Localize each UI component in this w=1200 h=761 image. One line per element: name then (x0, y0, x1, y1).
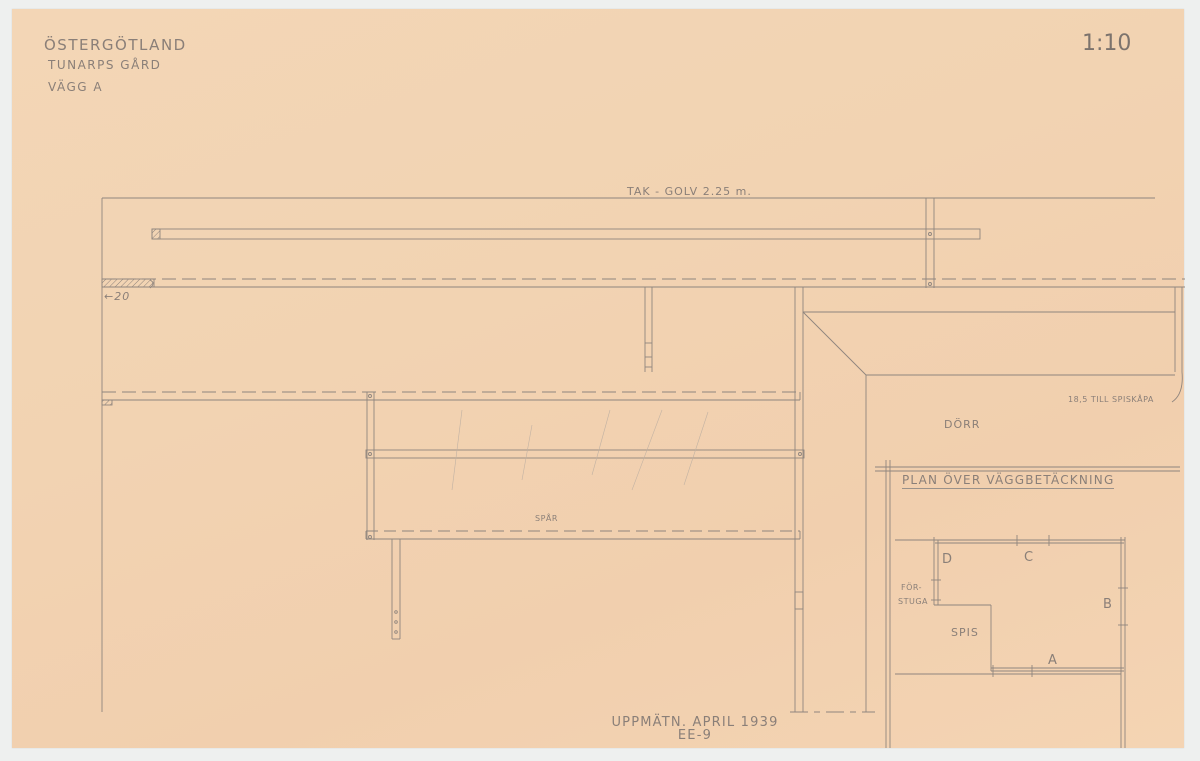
region-title: ÖSTERGÖTLAND (44, 36, 187, 54)
measured-date: UPPMÄTN. APRIL 1939 EE-9 (605, 716, 785, 742)
wall-label-c: C (1024, 550, 1033, 565)
vestibule-label-1: FÖR- (901, 583, 922, 592)
wall-label-d: D (942, 552, 952, 567)
stove-hood-note: 18,5 TILL SPISKÅPA (1068, 395, 1154, 404)
farm-title: TUNARPS GÅRD (48, 58, 161, 72)
wall-title: VÄGG A (48, 80, 103, 94)
stove-label: SPIS (951, 626, 979, 639)
height-note: TAK - GOLV 2.25 m. (627, 185, 752, 198)
left-dimension: ←20 (104, 290, 130, 303)
groove-label: SPÅR (535, 514, 558, 523)
vestibule-label-2: STUGA (898, 597, 928, 606)
elevation-drawing (0, 0, 1200, 761)
wall-label-a: A (1048, 653, 1057, 668)
plan-title: PLAN ÖVER VÄGGBETÄCKNING (902, 473, 1114, 489)
arrow-left-icon: ← (104, 290, 114, 303)
sheet-id: EE-9 (605, 729, 785, 742)
door-label: DÖRR (944, 418, 980, 431)
wall-label-b: B (1103, 597, 1112, 612)
scale-label: 1:10 (1082, 31, 1131, 56)
